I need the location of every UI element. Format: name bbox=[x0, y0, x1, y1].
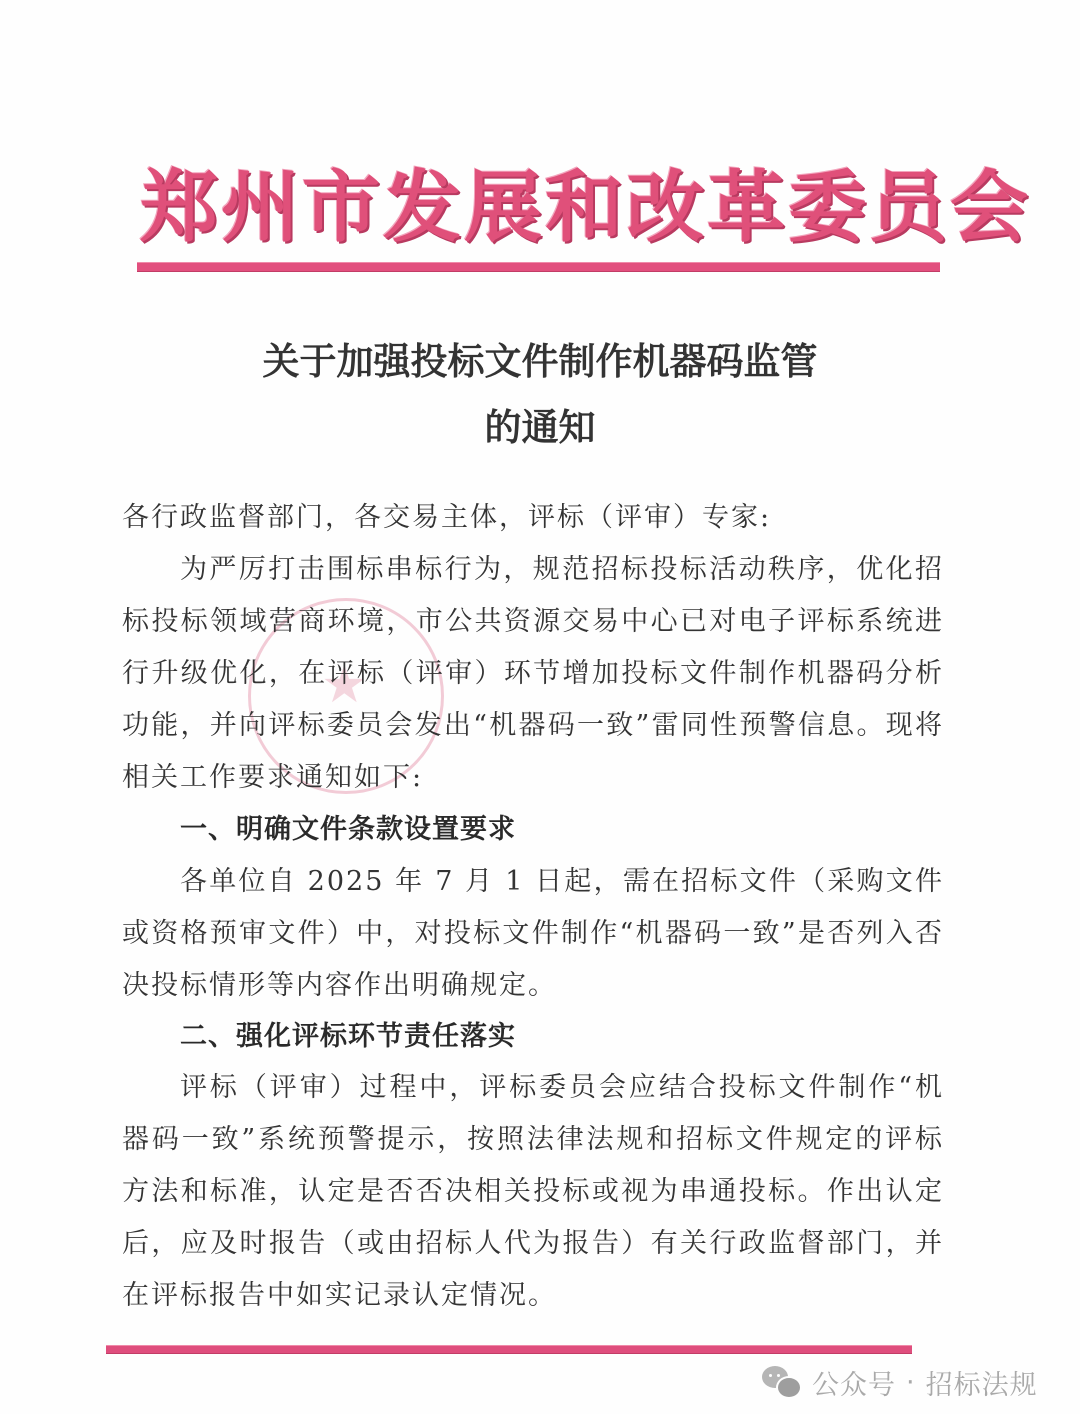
section-2-body: 评标（评审）过程中，评标委员会应结合投标文件制作“机器码一致”系统预警提示，按照… bbox=[122, 1062, 944, 1322]
watermark-prefix: 公众号 bbox=[812, 1363, 896, 1402]
document-title: 关于加强投标文件制作机器码监管 的通知 bbox=[160, 328, 920, 460]
salutation: 各行政监督部门，各交易主体，评标（评审）专家: bbox=[122, 492, 944, 544]
document-page: 郑州市发展和改革委员会 关于加强投标文件制作机器码监管 的通知 ★ 各行政监督部… bbox=[0, 0, 1080, 1414]
title-line-1: 关于加强投标文件制作机器码监管 bbox=[160, 328, 920, 394]
section-1-heading: 一、明确文件条款设置要求 bbox=[122, 804, 1002, 856]
watermark-account-name: 招标法规 bbox=[926, 1363, 1038, 1402]
watermark-separator: · bbox=[906, 1367, 916, 1398]
title-line-2: 的通知 bbox=[160, 394, 920, 460]
header-red-rule bbox=[137, 262, 940, 272]
section-1-body: 各单位自 2025 年 7 月 1 日起，需在招标文件（采购文件或资格预审文件）… bbox=[122, 856, 944, 1012]
wechat-icon bbox=[762, 1364, 802, 1400]
wechat-watermark: 公众号 · 招标法规 bbox=[762, 1352, 1038, 1412]
section-2-heading: 二、强化评标环节责任落实 bbox=[122, 1011, 1002, 1063]
org-header-title: 郑州市发展和改革委员会 bbox=[140, 158, 940, 258]
intro-paragraph: 为严厉打击围标串标行为，规范招标投标活动秩序，优化招标投标领域营商环境，市公共资… bbox=[122, 544, 944, 804]
